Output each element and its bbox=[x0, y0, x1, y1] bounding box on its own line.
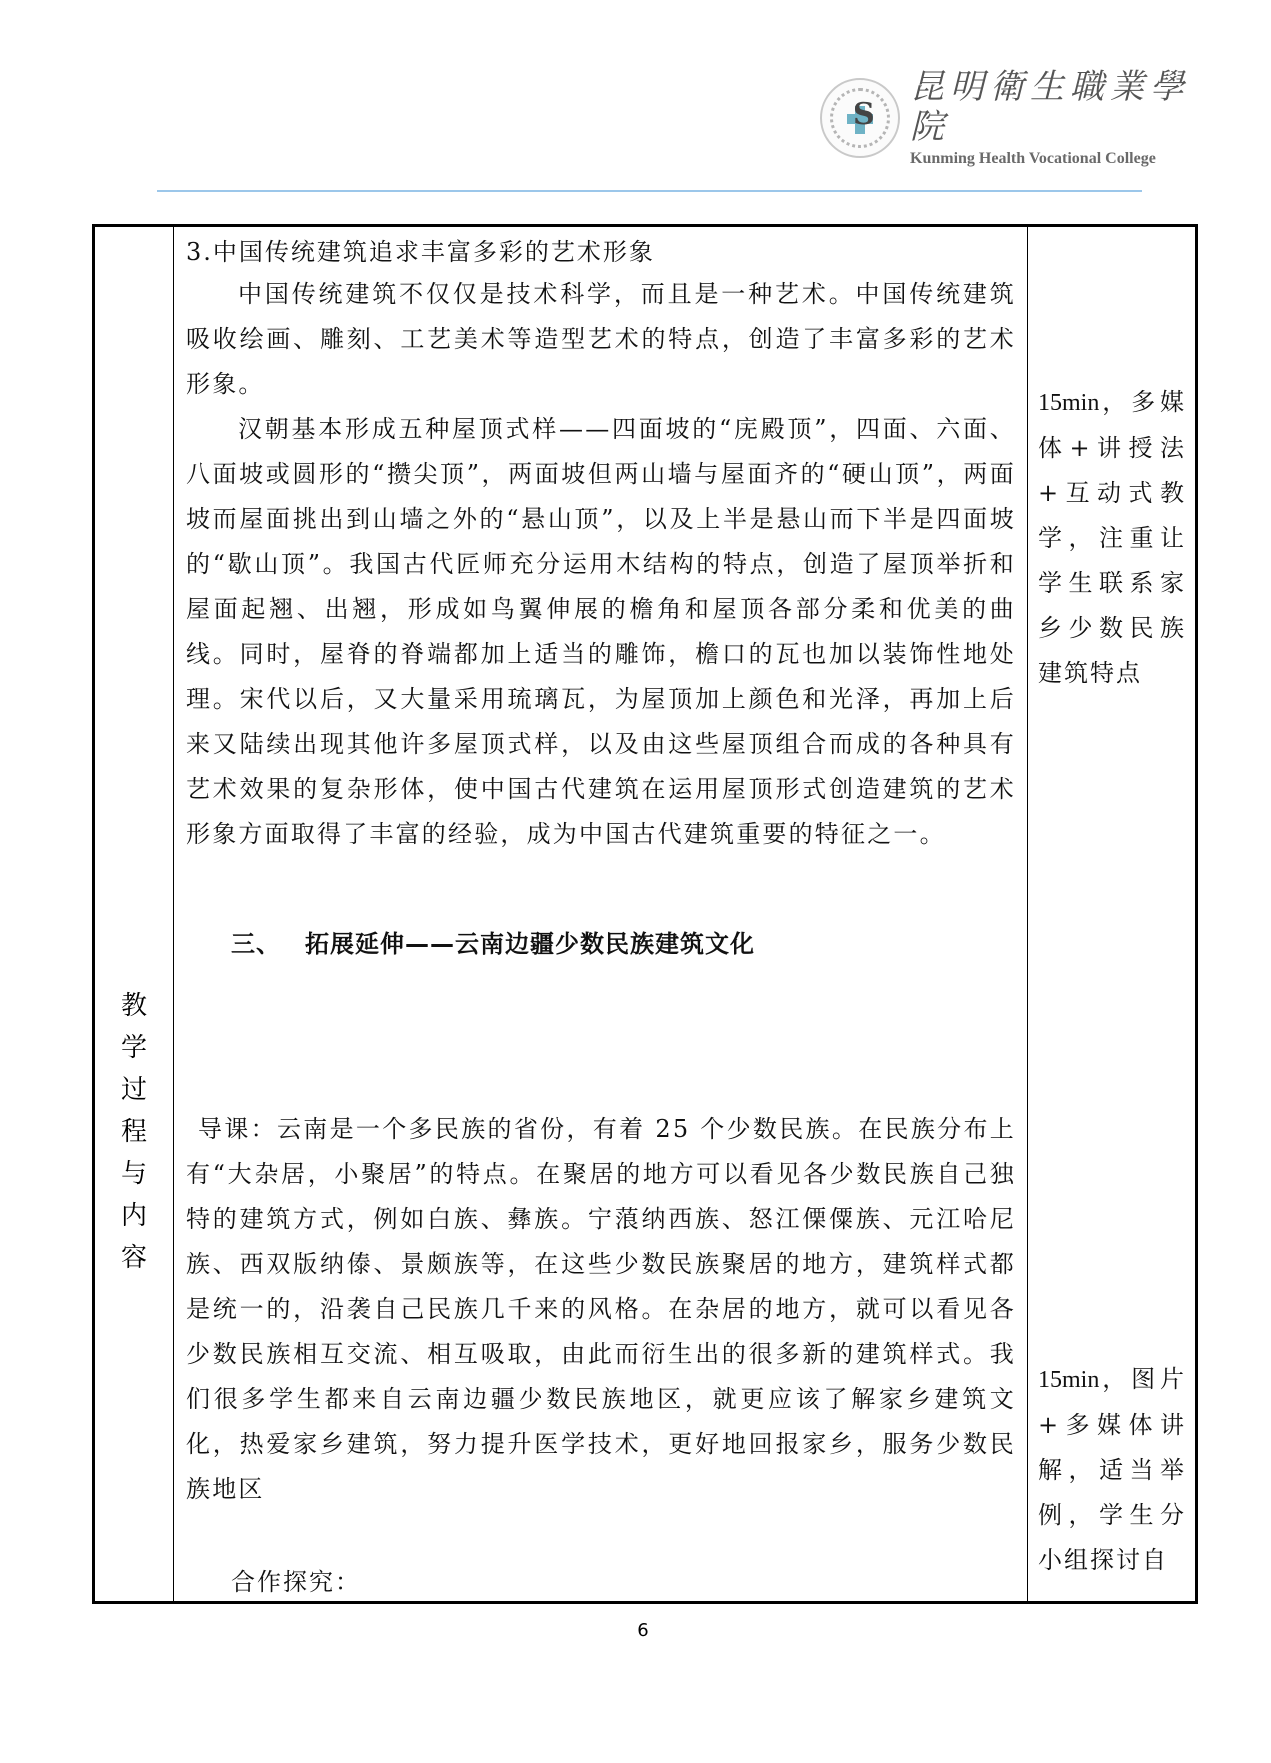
paragraph-roof-styles: 汉朝基本形成五种屋顶式样——四面坡的“庑殿顶”，四面、六面、八面坡或圆形的“攒尖… bbox=[186, 407, 1016, 857]
paragraph-art-intro: 中国传统建筑不仅仅是技术科学，而且是一种艺术。中国传统建筑吸收绘画、雕刻、工艺美… bbox=[186, 272, 1016, 407]
section-title: 拓展延伸——云南边疆少数民族建筑文化 bbox=[305, 930, 755, 958]
row-label-char: 与 bbox=[121, 1153, 147, 1195]
row-label-char: 过 bbox=[121, 1069, 147, 1111]
lesson-plan-table: 教 学 过 程 与 内 容 3.中国传统建筑追求丰富多彩的艺术形象 中国传统建筑… bbox=[92, 224, 1198, 1604]
paragraph-lesson-intro: 导课：云南是一个多民族的省份，有着 25 个少数民族。在民族分布上有“大杂居，小… bbox=[186, 1107, 1016, 1512]
row-label-char: 学 bbox=[121, 1027, 147, 1069]
college-name-en: Kunming Health Vocational College bbox=[910, 149, 1210, 169]
row-label-char: 教 bbox=[121, 985, 147, 1027]
section-heading-extension: 三、拓展延伸——云南边疆少数民族建筑文化 bbox=[231, 927, 755, 961]
row-label-vertical: 教 学 过 程 与 内 容 bbox=[95, 985, 173, 1279]
subheading-art-image: 3.中国传统建筑追求丰富多彩的艺术形象 bbox=[186, 235, 1016, 269]
notes-cell: 15min，多媒体+讲授法+互动式教学，注重让学生联系家乡少数民族建筑特点 15… bbox=[1028, 227, 1195, 1601]
page-header: S 昆明衛生職業學院 Kunming Health Vocational Col… bbox=[0, 0, 1271, 190]
note-art-section: 15min，多媒体+讲授法+互动式教学，注重让学生联系家乡少数民族建筑特点 bbox=[1038, 380, 1186, 696]
college-logo: S 昆明衛生職業學院 Kunming Health Vocational Col… bbox=[820, 78, 1210, 158]
college-name-block: 昆明衛生職業學院 Kunming Health Vocational Colle… bbox=[910, 67, 1210, 169]
row-label-cell: 教 学 过 程 与 内 容 bbox=[95, 227, 174, 1601]
snake-icon: S bbox=[853, 100, 875, 130]
header-divider bbox=[157, 190, 1142, 192]
college-name-cn: 昆明衛生職業學院 bbox=[910, 67, 1210, 147]
cooperative-inquiry-label: 合作探究： bbox=[231, 1565, 361, 1599]
note-extension-section: 15min，图片+多媒体讲解，适当举例，学生分小组探讨自 bbox=[1038, 1357, 1186, 1583]
college-emblem-icon: S bbox=[820, 78, 900, 158]
row-label-char: 容 bbox=[121, 1237, 147, 1279]
note-text: ，多媒体+讲授法+互动式教学，注重让学生联系家乡少数民族建筑特点 bbox=[1038, 388, 1186, 687]
note-text: ，图片+多媒体讲解，适当举例，学生分小组探讨自 bbox=[1038, 1365, 1186, 1574]
section-number: 三、 bbox=[231, 930, 281, 958]
note-time: 15min bbox=[1038, 390, 1099, 416]
row-label-char: 程 bbox=[121, 1111, 147, 1153]
content-cell: 3.中国传统建筑追求丰富多彩的艺术形象 中国传统建筑不仅仅是技术科学，而且是一种… bbox=[174, 227, 1028, 1601]
page-number: 6 bbox=[0, 1620, 1271, 1641]
note-time: 15min bbox=[1038, 1367, 1099, 1393]
row-label-char: 内 bbox=[121, 1195, 147, 1237]
